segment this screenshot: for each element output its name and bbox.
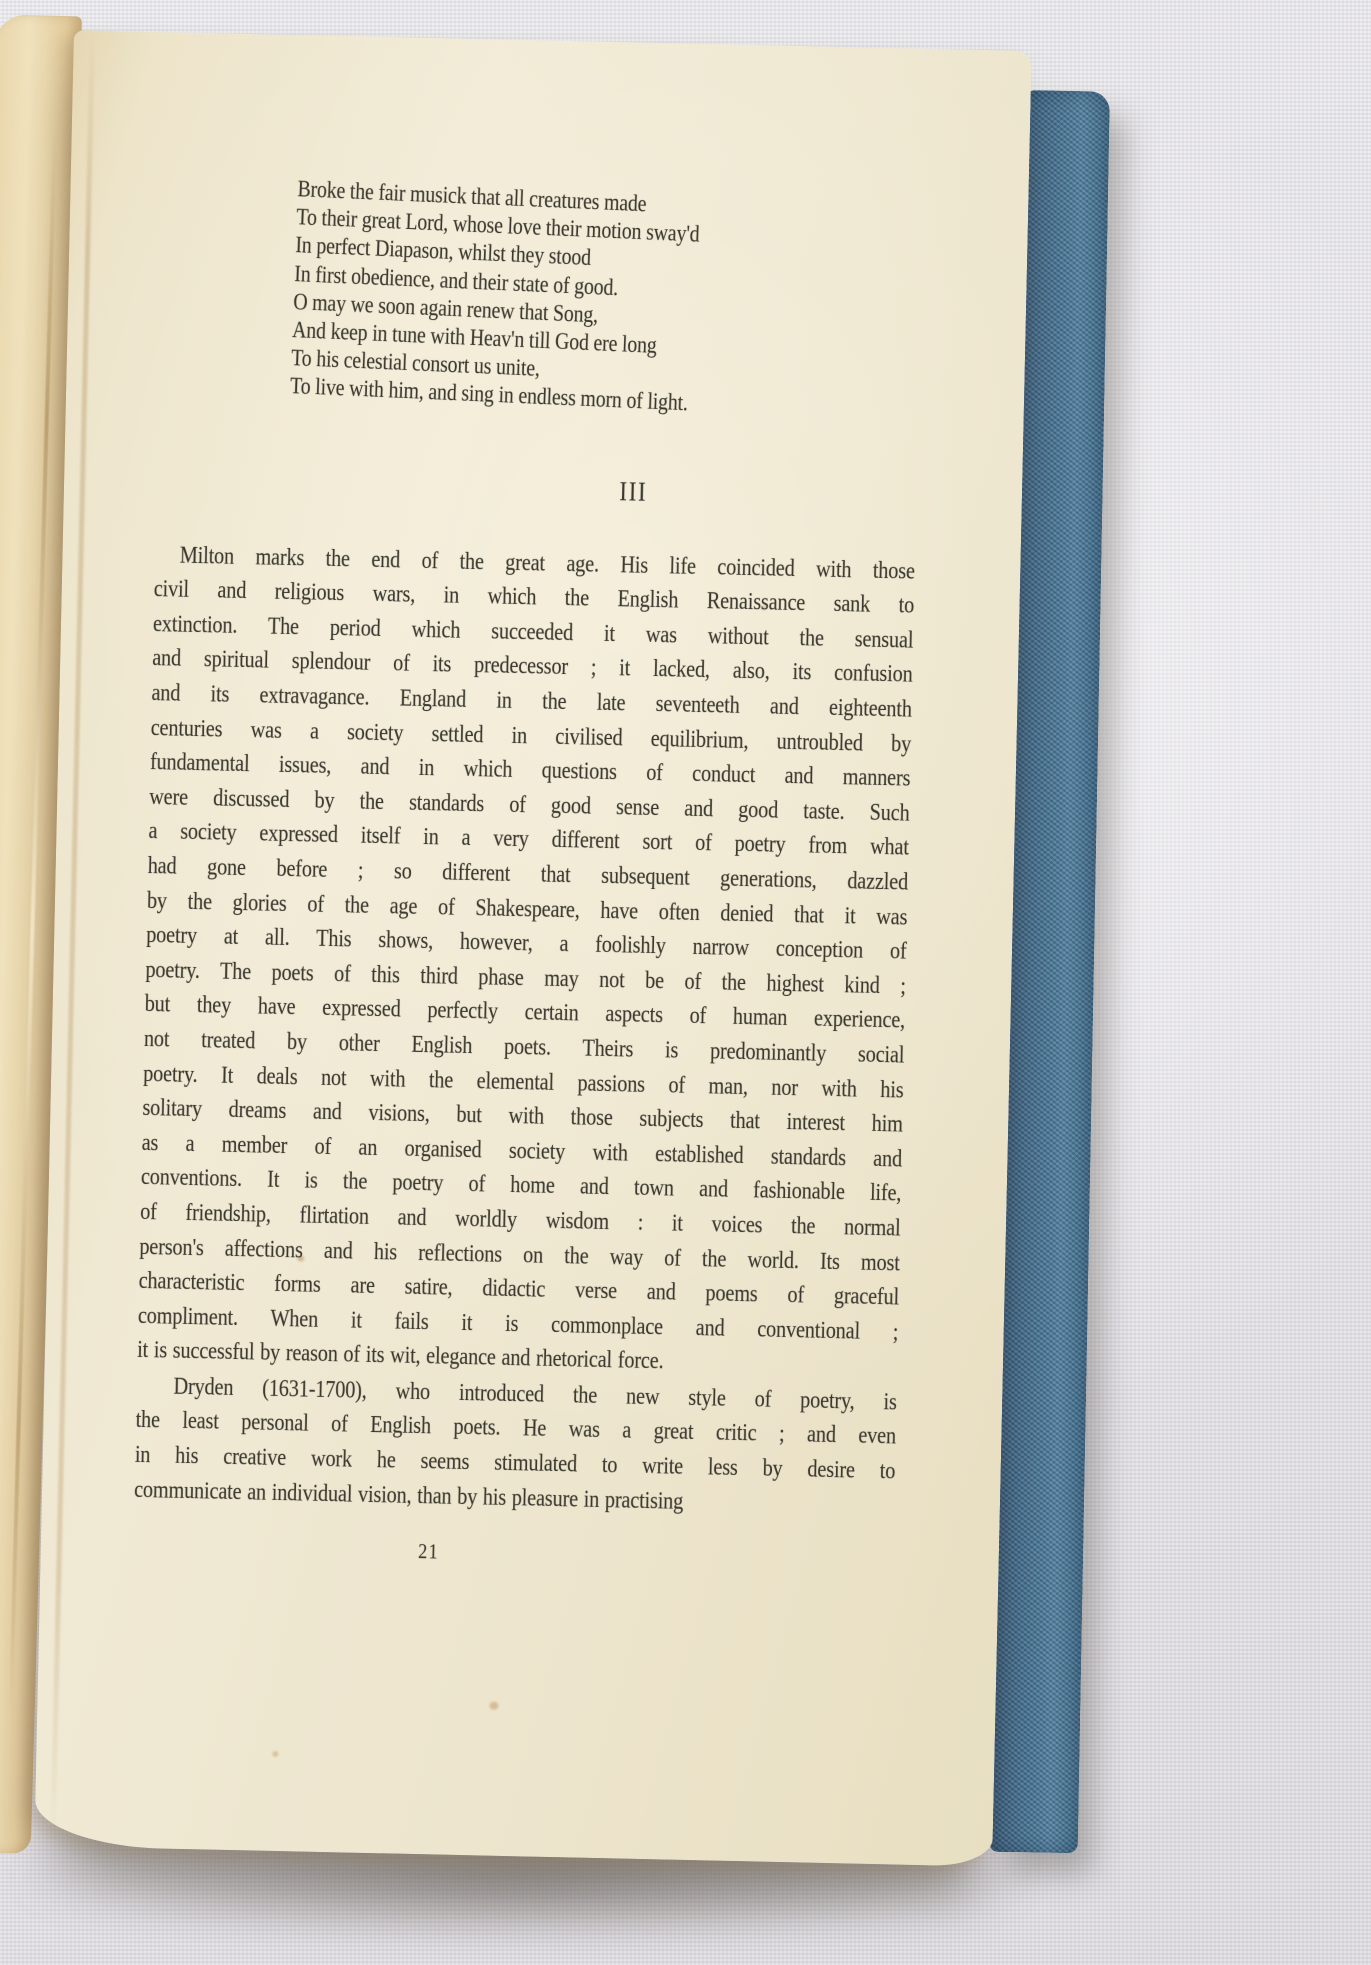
page-number: 21 (48, 1531, 809, 1573)
section-heading: III (253, 466, 1014, 517)
poem-block: Broke the fair musick that all creatures… (290, 175, 923, 428)
paragraph-1: Milton marks the end of the great age. H… (137, 538, 915, 1385)
book-page: Broke the fair musick that all creatures… (34, 30, 1031, 1866)
book-photo: Broke the fair musick that all creatures… (0, 0, 1371, 1965)
foxing-spot (272, 1751, 278, 1757)
foxing-spot (489, 1702, 498, 1710)
page-content: Broke the fair musick that all creatures… (133, 172, 924, 1575)
paragraph-2: Dryden (1631-1700), who introduced the n… (134, 1369, 897, 1524)
